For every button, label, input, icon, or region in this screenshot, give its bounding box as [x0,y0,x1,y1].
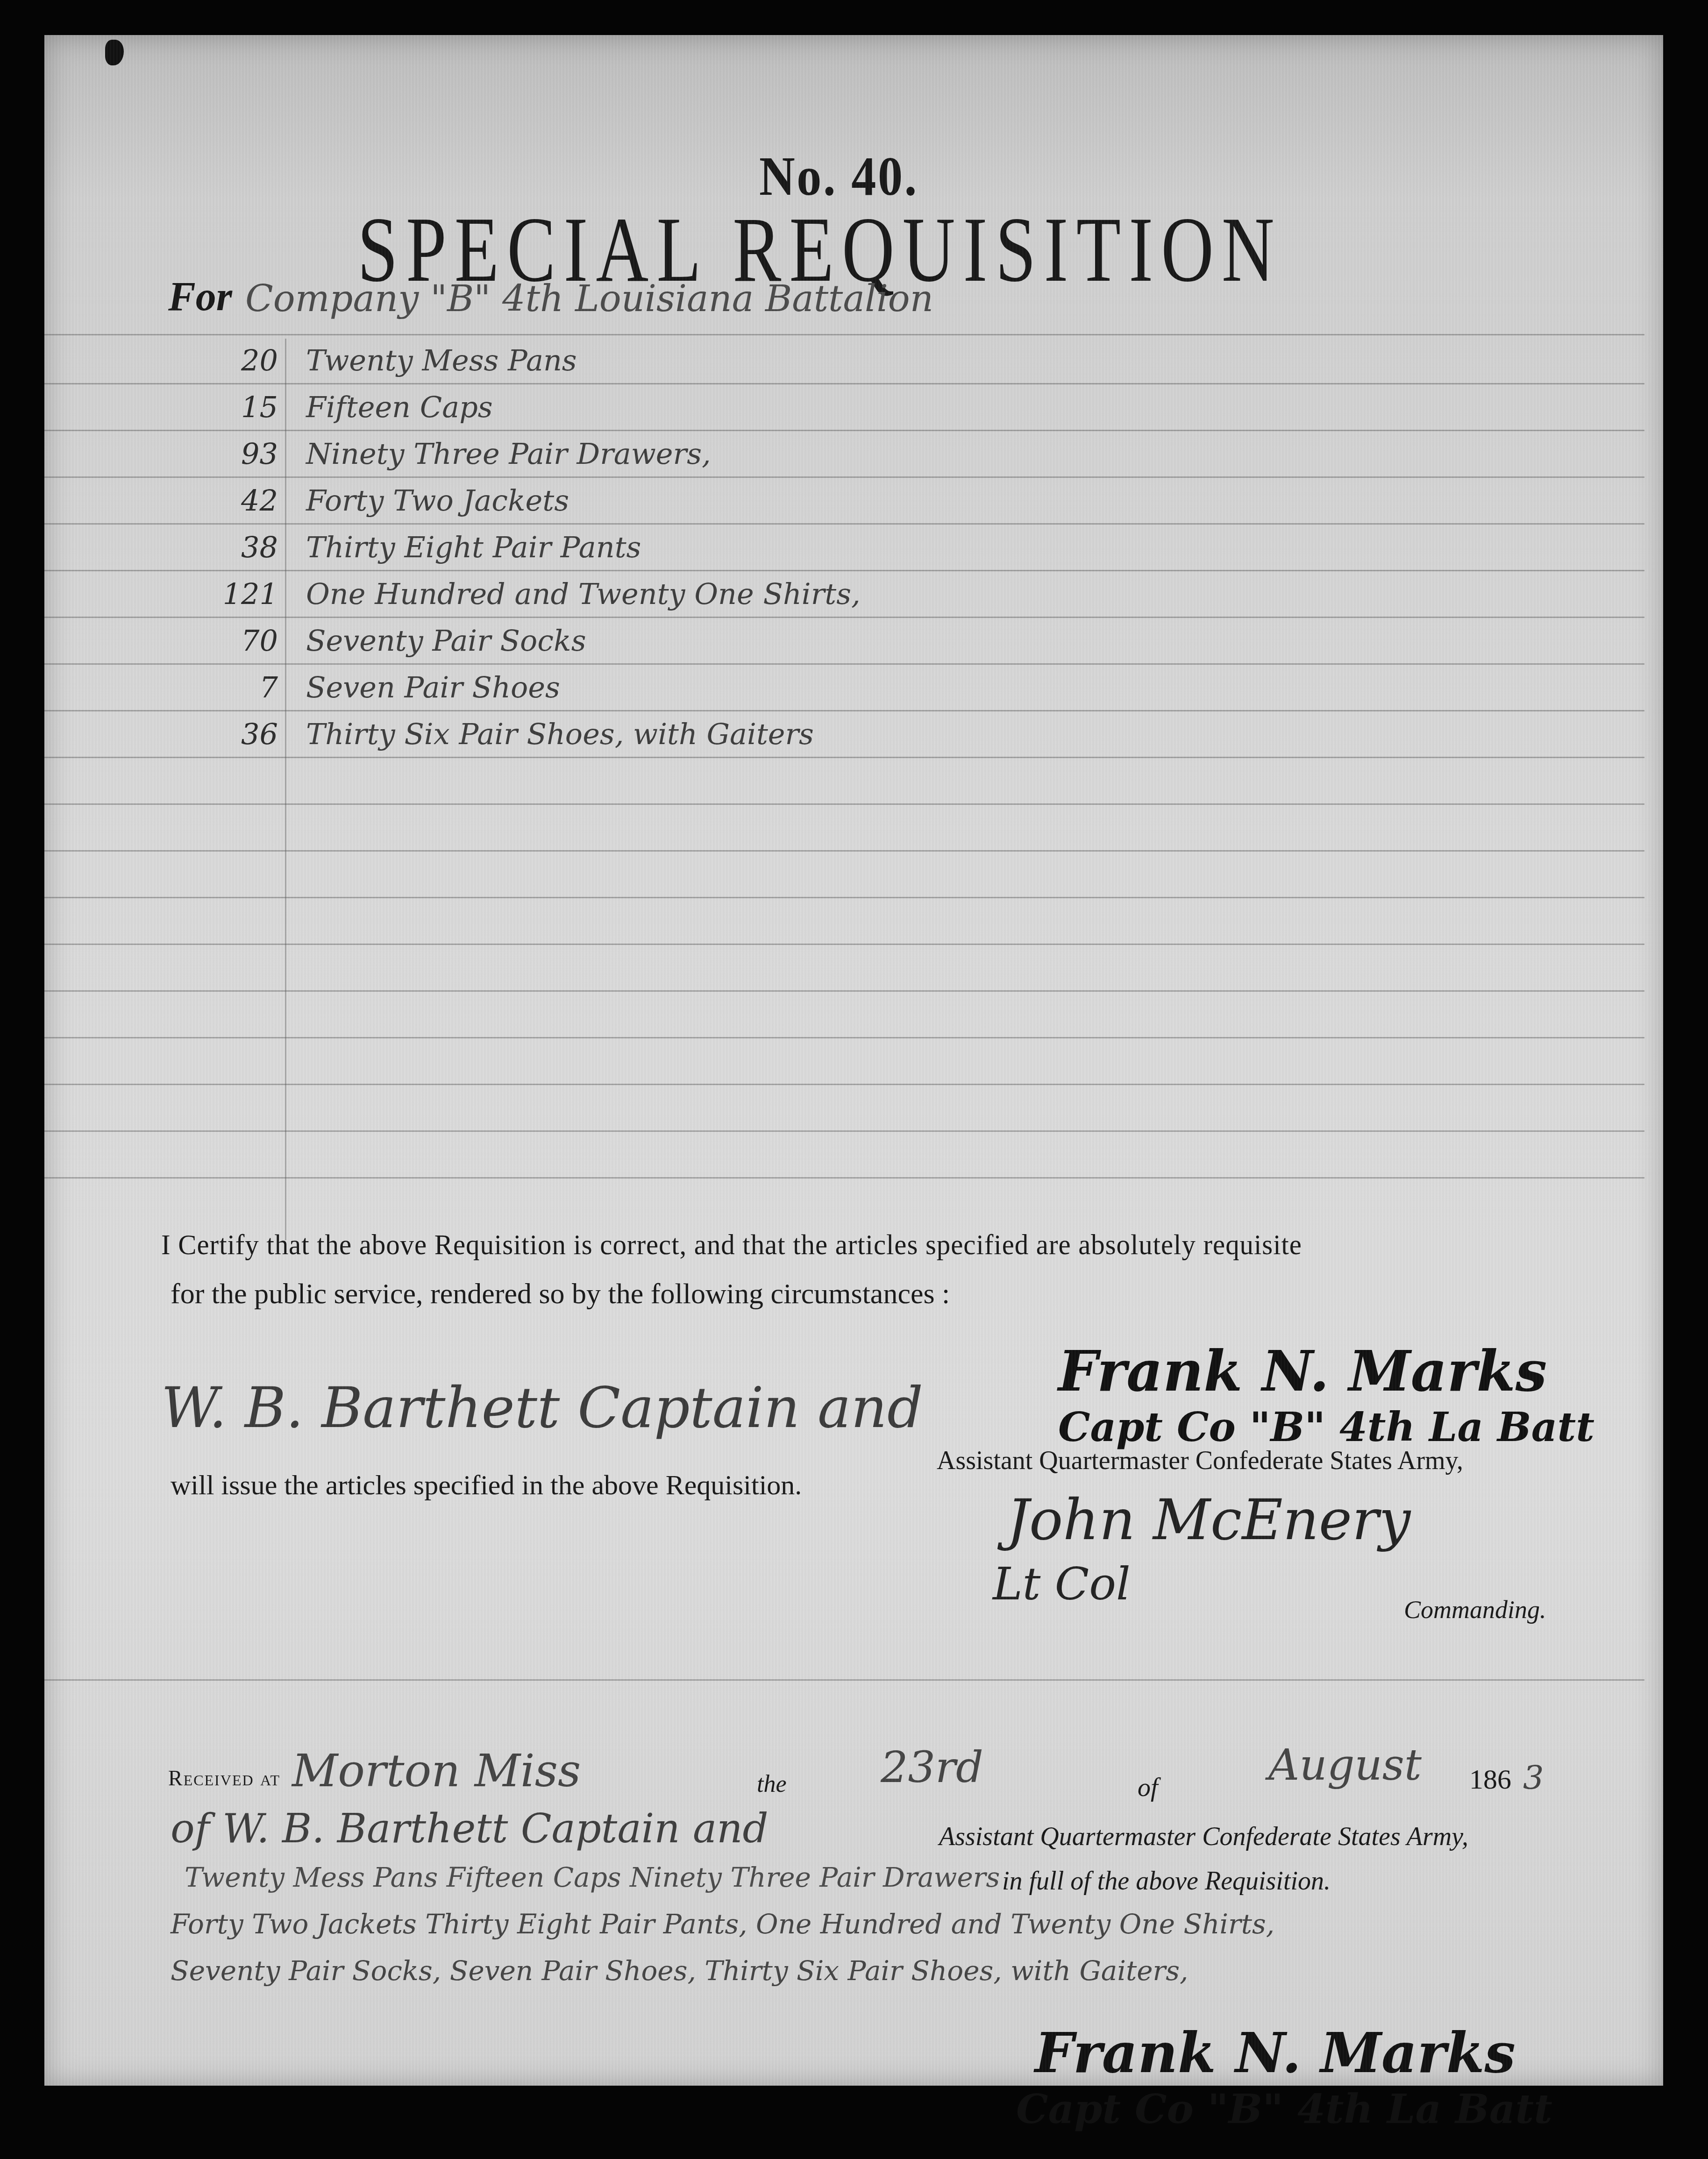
item-desc: Fifteen Caps [306,390,493,424]
requester-signature: Frank N. Marks [1058,1338,1547,1404]
ruled-line [44,1084,1644,1085]
item-desc: One Hundred and Twenty One Shirts, [306,577,861,611]
year-printed: 186 [1469,1763,1511,1796]
item-desc: Ninety Three Pair Drawers, [306,437,711,471]
will-issue-text: will issue the articles specified in the… [171,1469,802,1501]
ruled-line [44,803,1644,805]
item-row: 7 Seven Pair Shoes [185,670,1399,717]
ruled-line [44,1679,1644,1681]
requisition-page: No. 40. SPECIAL REQUISITION For Company … [44,35,1663,2086]
item-qty: 20 [185,343,278,377]
received-from: of W. B. Barthett Captain and [171,1805,769,1852]
item-qty: 15 [185,390,278,424]
item-qty: 70 [185,624,278,658]
received-day: 23rd [881,1742,983,1792]
item-row: 38 Thirty Eight Pair Pants [185,530,1399,577]
receipt-aqm-label: Assistant Quartermaster Confederate Stat… [939,1822,1468,1852]
ruled-line [44,334,1644,335]
for-value: Company "B" 4th Louisiana Battalion [245,278,933,320]
ruled-line [44,897,1644,898]
item-row: 15 Fifteen Caps [185,390,1399,437]
item-row: 121 One Hundred and Twenty One Shirts, [185,577,1399,624]
receipt-items-line-2: Forty Two Jackets Thirty Eight Pair Pant… [171,1908,1274,1940]
certification-text-1: I Certify that the above Requisition is … [161,1229,1302,1262]
the-label: the [757,1770,787,1798]
item-qty: 38 [185,530,278,564]
item-desc: Twenty Mess Pans [306,343,577,377]
item-qty: 36 [185,717,278,751]
item-desc: Seventy Pair Socks [306,624,586,658]
requester-title: Capt Co "B" 4th La Batt [1058,1404,1594,1451]
commander-title: Lt Col [993,1558,1131,1610]
for-label: For [168,273,232,320]
item-row: 70 Seventy Pair Socks [185,624,1399,671]
ruled-line [44,850,1644,852]
year-handwritten: 3 [1523,1759,1544,1797]
item-row: 42 Forty Two Jackets [185,483,1399,531]
item-row: 20 Twenty Mess Pans [185,343,1399,391]
ruled-line [44,1177,1644,1179]
aqm-label: Assistant Quartermaster Confederate Stat… [937,1446,1463,1476]
item-desc: Forty Two Jackets [306,483,569,518]
item-qty: 42 [185,483,278,518]
received-place: Morton Miss [292,1745,581,1797]
ruled-line [44,990,1644,992]
item-qty: 121 [185,577,278,611]
ruled-line [44,1037,1644,1038]
ink-stain [105,40,124,65]
certification-text-2: for the public service, rendered so by t… [171,1278,950,1311]
issuer-signature: W. B. Barthett Captain and [161,1376,923,1441]
receipt-signature: Frank N. Marks [1035,2020,1516,2085]
received-month: August [1268,1740,1422,1790]
item-desc: Seven Pair Shoes [306,670,560,704]
ruled-line [44,944,1644,945]
commander-signature: John McEnery [1007,1488,1410,1553]
of-label: of [1138,1773,1158,1803]
commanding-label: Commanding. [1404,1595,1546,1624]
receipt-items-line-3: Seventy Pair Socks, Seven Pair Shoes, Th… [171,1955,1188,1987]
item-desc: Thirty Six Pair Shoes, with Gaiters [306,717,814,751]
received-label: Received at [168,1766,280,1790]
ruled-line [44,1130,1644,1132]
receipt-items-line-1: Twenty Mess Pans Fifteen Caps Ninety Thr… [185,1861,1000,1893]
item-qty: 93 [185,437,278,471]
receipt-signature-title: Capt Co "B" 4th La Batt [1016,2086,1552,2133]
in-full-text: in full of the above Requisition. [1002,1866,1331,1896]
item-qty: 7 [185,670,278,704]
item-desc: Thirty Eight Pair Pants [306,530,641,564]
item-row: 36 Thirty Six Pair Shoes, with Gaiters [185,717,1399,764]
item-row: 93 Ninety Three Pair Drawers, [185,437,1399,484]
